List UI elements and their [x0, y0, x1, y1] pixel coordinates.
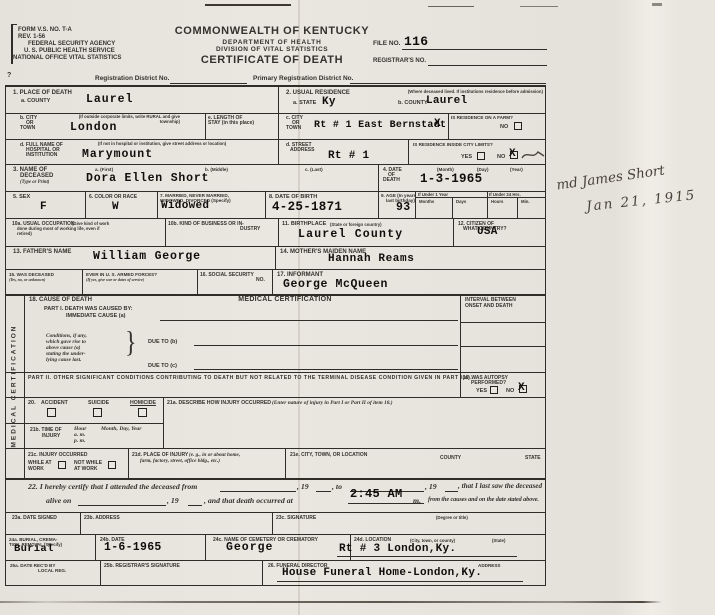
row-line — [5, 478, 546, 480]
due-to-c-label: DUE TO (c) — [148, 363, 177, 369]
field-26-value: House Funeral Home-London,Ky. — [282, 567, 482, 579]
field-1a-value: Laurel — [86, 93, 133, 106]
cell-divider — [448, 113, 449, 139]
certify-text: 22. I hereby certify that I attended the… — [28, 482, 197, 491]
at-work-checkbox — [58, 461, 66, 469]
field-1b-value: London — [70, 121, 117, 134]
funeral-value-line — [277, 581, 523, 582]
field-4-label: DEATH — [383, 177, 400, 183]
while-at-work-label: WORK — [28, 466, 44, 472]
not-at-work-label: AT WORK — [74, 466, 98, 472]
due-to-b-label: DUE TO (b) — [148, 339, 177, 345]
cell-divider — [262, 560, 263, 586]
certify-text: alive on — [46, 496, 71, 505]
last-name-header: c. (Last) — [305, 167, 323, 173]
conditions-brace: } — [125, 327, 137, 361]
cell-divider — [100, 560, 101, 586]
field-4-value: 1-3-1965 — [420, 172, 482, 186]
field-21a-note: (Enter nature of injury in Part I or Par… — [272, 400, 393, 406]
months-header: Months — [419, 199, 434, 204]
row-line — [5, 560, 546, 561]
cell-divider — [487, 191, 488, 218]
cell-divider — [408, 139, 409, 164]
registrar-no-label: REGISTRAR'S NO. — [373, 58, 426, 65]
field-12-value: USA — [477, 226, 498, 238]
conditions-note: lying cause last. — [46, 357, 82, 363]
cell-divider — [378, 164, 379, 218]
row-line — [5, 269, 546, 270]
field-6-value: W — [112, 201, 119, 213]
field-3-value: Dora Ellen Short — [86, 172, 209, 185]
suicide-checkbox — [93, 408, 102, 417]
county-header: COUNTY — [440, 455, 461, 461]
time-of-death-value: 2:45 AM — [350, 487, 403, 501]
cell-divider — [128, 448, 129, 478]
pm-label: p. m. — [74, 438, 85, 444]
field-3-note: (Type or Print) — [20, 180, 49, 186]
certify-text: , 19 — [297, 482, 309, 491]
reg-district-line — [170, 83, 247, 84]
margin-bracket-tick — [11, 24, 17, 25]
cell-divider — [272, 269, 273, 294]
field-23c-label: 23c. SIGNATURE — [276, 515, 316, 521]
handwritten-check-mark — [520, 147, 546, 163]
agency-line: U. S. PUBLIC HEALTH SERVICE — [24, 48, 115, 55]
field-16-label: 16. SOCIAL SECURITY — [200, 272, 254, 278]
field-23b-label: 23b. ADDRESS — [84, 515, 120, 521]
form-number: FORM V.S. NO. T-A — [18, 27, 72, 34]
part2-label: PART II. OTHER SIGNIFICANT CONDITIONS CO… — [28, 375, 472, 381]
field-1a-label: a. COUNTY — [21, 98, 50, 104]
autopsy-no-mark: X — [518, 382, 525, 394]
blank-line — [78, 505, 166, 506]
field-11-value: Laurel County — [298, 228, 403, 241]
medical-certification-side-label: MEDICAL CERTIFICATION — [11, 324, 18, 447]
certify-text: , to — [332, 482, 342, 491]
certify-text: m. — [413, 496, 421, 505]
row-line — [5, 164, 546, 165]
primary-district-line — [350, 83, 546, 84]
interval-line — [460, 346, 546, 347]
field-8-value: 4-25-1871 — [272, 200, 342, 214]
field-19-label: PERFORMED? — [471, 380, 506, 386]
cell-divider — [278, 85, 279, 164]
city-limits-no-mark: X — [509, 148, 516, 160]
field-14-value: Hannah Reams — [328, 253, 414, 265]
field-1-label: 1. PLACE OF DEATH — [13, 90, 72, 97]
row-line — [5, 512, 546, 513]
field-3-label: DECEASED — [20, 173, 53, 180]
file-no-value: 116 — [404, 34, 428, 49]
due-to-b-line — [194, 345, 458, 346]
field-2c-strike: X — [434, 118, 441, 130]
interval-line — [460, 322, 546, 323]
field-1d-value: Marymount — [82, 148, 153, 161]
cell-divider — [278, 218, 279, 246]
field-2a-value: Ky — [322, 96, 336, 108]
field-6-label: 6. COLOR OR RACE — [89, 194, 137, 200]
field-23a-label: 23a. DATE SIGNED — [12, 515, 57, 521]
certify-text: , 19 — [167, 496, 179, 505]
interval-header: ONSET AND DEATH — [465, 303, 513, 309]
certify-text: , and that death occurred at — [204, 496, 293, 505]
blank-line — [188, 505, 202, 506]
cell-divider — [165, 218, 166, 246]
field-1b-label: TOWN — [20, 125, 35, 131]
file-no-line — [402, 49, 547, 50]
field-20-label: 20. — [28, 400, 36, 406]
cell-divider — [517, 197, 518, 218]
cause-a-line — [160, 320, 458, 321]
field-2-label: 2. USUAL RESIDENCE — [286, 90, 350, 97]
field-2a-label: a. STATE — [293, 100, 316, 106]
cell-divider — [285, 448, 286, 478]
field-21e-label: 21e. CITY, TOWN, OR LOCATION — [290, 452, 367, 458]
blank-line — [220, 491, 296, 492]
cell-divider — [157, 191, 158, 218]
cell-divider — [275, 246, 276, 269]
under-1-year-header: If Under 1 Year — [418, 192, 448, 197]
field-18-label: 18. CAUSE OF DEATH — [29, 297, 92, 304]
reg-district-label: Registration District No. — [95, 75, 169, 82]
armed-forces-note: (If yes, give war or dates of service) — [86, 277, 144, 282]
city-limits-no-label: NO — [497, 154, 505, 160]
field-13-value: William George — [93, 250, 201, 263]
field-2d-value: Rt # 1 — [328, 150, 369, 162]
cell-divider — [272, 512, 273, 534]
city-limits-label: IS RESIDENCE INSIDE CITY LIMITS? — [413, 142, 493, 148]
registrar-no-line — [428, 65, 547, 66]
field-24d-value: Rt # 3 London,Ky. — [339, 543, 456, 555]
cell-divider — [163, 397, 164, 448]
city-limits-yes-label: YES — [461, 154, 472, 160]
primary-district-label: Primary Registration District No. — [253, 75, 353, 82]
blank-line — [316, 491, 331, 492]
death-certificate-scan: FORM V.S. NO. T-A REV. 1-56 FEDERAL SECU… — [0, 0, 715, 615]
farm-no-label: NO — [500, 124, 508, 130]
cell-divider — [80, 512, 81, 534]
field-2c-value: Rt # 1 East Bernstadt — [314, 120, 446, 131]
location-value-line — [337, 556, 517, 557]
field-24c-value: George — [226, 541, 273, 554]
scan-artifact — [652, 3, 662, 6]
cell-divider — [453, 218, 454, 246]
certificate-title: CERTIFICATE OF DEATH — [152, 54, 392, 66]
month-day-year-label: Month, Day, Year — [101, 426, 141, 432]
degree-title-note: (Degree or title) — [436, 515, 468, 520]
field-24d-note: (State) — [492, 538, 505, 543]
field-15-note: (Yes, no, or unknown) — [9, 277, 45, 282]
field-2b-value: Laurel — [426, 95, 467, 107]
bottom-scan-line — [0, 601, 662, 603]
field-21d-note: farm, factory, street, office bldg., etc… — [140, 458, 220, 464]
row-line — [5, 448, 546, 449]
field-1d-label: INSTITUTION — [26, 152, 57, 158]
field-10a-note: retired) — [17, 231, 32, 236]
accident-checkbox — [47, 408, 56, 417]
margin-mark: ? — [7, 72, 12, 79]
autopsy-yes-checkbox — [490, 386, 498, 394]
row-line — [5, 372, 546, 373]
field-24a-value: Burial — [14, 543, 54, 555]
not-at-work-checkbox — [108, 461, 116, 469]
field-1e-label: STAY (in this place) — [208, 120, 254, 126]
cell-divider — [85, 191, 86, 218]
homicide-checkbox — [138, 408, 147, 417]
part1-label: PART I. DEATH WAS CAUSED BY: — [44, 306, 133, 312]
handwritten-note: md James Short — [555, 162, 665, 193]
scan-artifact — [428, 6, 474, 7]
field-2d-label: ADDRESS — [290, 147, 314, 153]
row-line — [5, 534, 546, 535]
cell-divider — [197, 269, 198, 294]
row-line — [5, 397, 546, 398]
handwritten-note: Jan 21, 1915 — [585, 187, 697, 214]
certify-text: from the causes and on the date stated a… — [428, 496, 539, 503]
commonwealth-title: COMMONWEALTH OF KENTUCKY — [152, 25, 392, 37]
field-21a-label: 21a. DESCRIBE HOW INJURY OCCURRED — [167, 400, 271, 406]
farm-question-label: IS RESIDENCE ON A FARM? — [451, 115, 513, 121]
min-header: Min. — [521, 199, 530, 204]
cell-divider — [82, 269, 83, 294]
days-header: Days — [456, 199, 466, 204]
cell-divider — [265, 191, 266, 218]
division-title: DIVISION OF VITAL STATISTICS — [152, 46, 392, 53]
city-limits-yes-checkbox — [477, 152, 485, 160]
field-10b-label: DUSTRY — [240, 226, 260, 232]
field-25a-label: LOCAL REG. — [38, 568, 66, 574]
field-5-label: 5. SEX — [13, 194, 30, 200]
agency-line: FEDERAL SECURITY AGENCY — [28, 41, 115, 48]
agency-line: NATIONAL OFFICE VITAL STATISTICS — [13, 55, 121, 62]
certify-text: , 19 — [425, 482, 437, 491]
field-21c-label: 21c. INJURY OCCURRED — [28, 452, 87, 458]
field-1d-note: (If not in hospital or institution, give… — [98, 141, 248, 146]
homicide-label: HOMICIDE — [130, 400, 156, 406]
scan-artifact — [205, 4, 291, 6]
row-line — [5, 218, 546, 219]
autopsy-no-label: NO — [506, 388, 514, 394]
year-header: (Year) — [510, 167, 523, 173]
form-top-border — [5, 85, 546, 87]
file-no-label: FILE NO. — [373, 40, 400, 47]
field-2b-label: b. COUNTY — [398, 100, 428, 106]
field-5-value: F — [40, 201, 47, 213]
field-25b-label: 25b. REGISTRAR'S SIGNATURE — [104, 563, 180, 569]
field-10b-label: 10b. KIND OF BUSINESS OR IN- — [168, 221, 244, 227]
certify-text: , that I last saw the deceased — [458, 482, 542, 490]
field-7-value: Widowed — [161, 200, 209, 212]
field-16-label: NO. — [256, 277, 265, 283]
field-11-label: 11. BIRTHPLACE — [282, 221, 326, 227]
field-17-value: George McQueen — [283, 278, 388, 291]
form-revision: REV. 1-56 — [18, 34, 45, 41]
state-header: STATE — [525, 455, 541, 461]
under-24-hrs-header: If Under 24 Hrs. — [489, 192, 521, 197]
field-13-label: 13. FATHER'S NAME — [13, 249, 71, 256]
row-line — [5, 139, 546, 140]
farm-no-checkbox — [514, 122, 522, 130]
department-title: DEPARTMENT OF HEALTH — [152, 39, 392, 46]
due-to-c-line — [194, 369, 458, 370]
cell-divider — [205, 534, 206, 560]
medical-side-divider — [24, 294, 25, 478]
blank-line — [445, 491, 458, 492]
field-24b-value: 1-6-1965 — [104, 541, 162, 554]
field-2-note: (Where deceased lived. If institutions r… — [393, 89, 543, 94]
hours-header: Hours — [491, 199, 503, 204]
cell-divider — [452, 197, 453, 218]
scan-artifact — [520, 6, 558, 7]
autopsy-yes-label: YES — [476, 388, 487, 394]
field-2c-label: TOWN — [286, 125, 301, 131]
field-21b-label: INJURY — [42, 433, 60, 439]
medical-certification-title: MEDICAL CERTIFICATION — [200, 296, 370, 303]
cell-divider — [205, 113, 206, 139]
field-9-value: 93 — [396, 201, 410, 214]
suicide-label: SUICIDE — [88, 400, 109, 406]
cell-divider — [95, 534, 96, 560]
field-11-note: (State or foreign country) — [330, 222, 382, 227]
row-line — [5, 423, 163, 424]
immediate-cause-label: IMMEDIATE CAUSE (a) — [66, 313, 125, 319]
accident-label: ACCIDENT — [41, 400, 68, 406]
